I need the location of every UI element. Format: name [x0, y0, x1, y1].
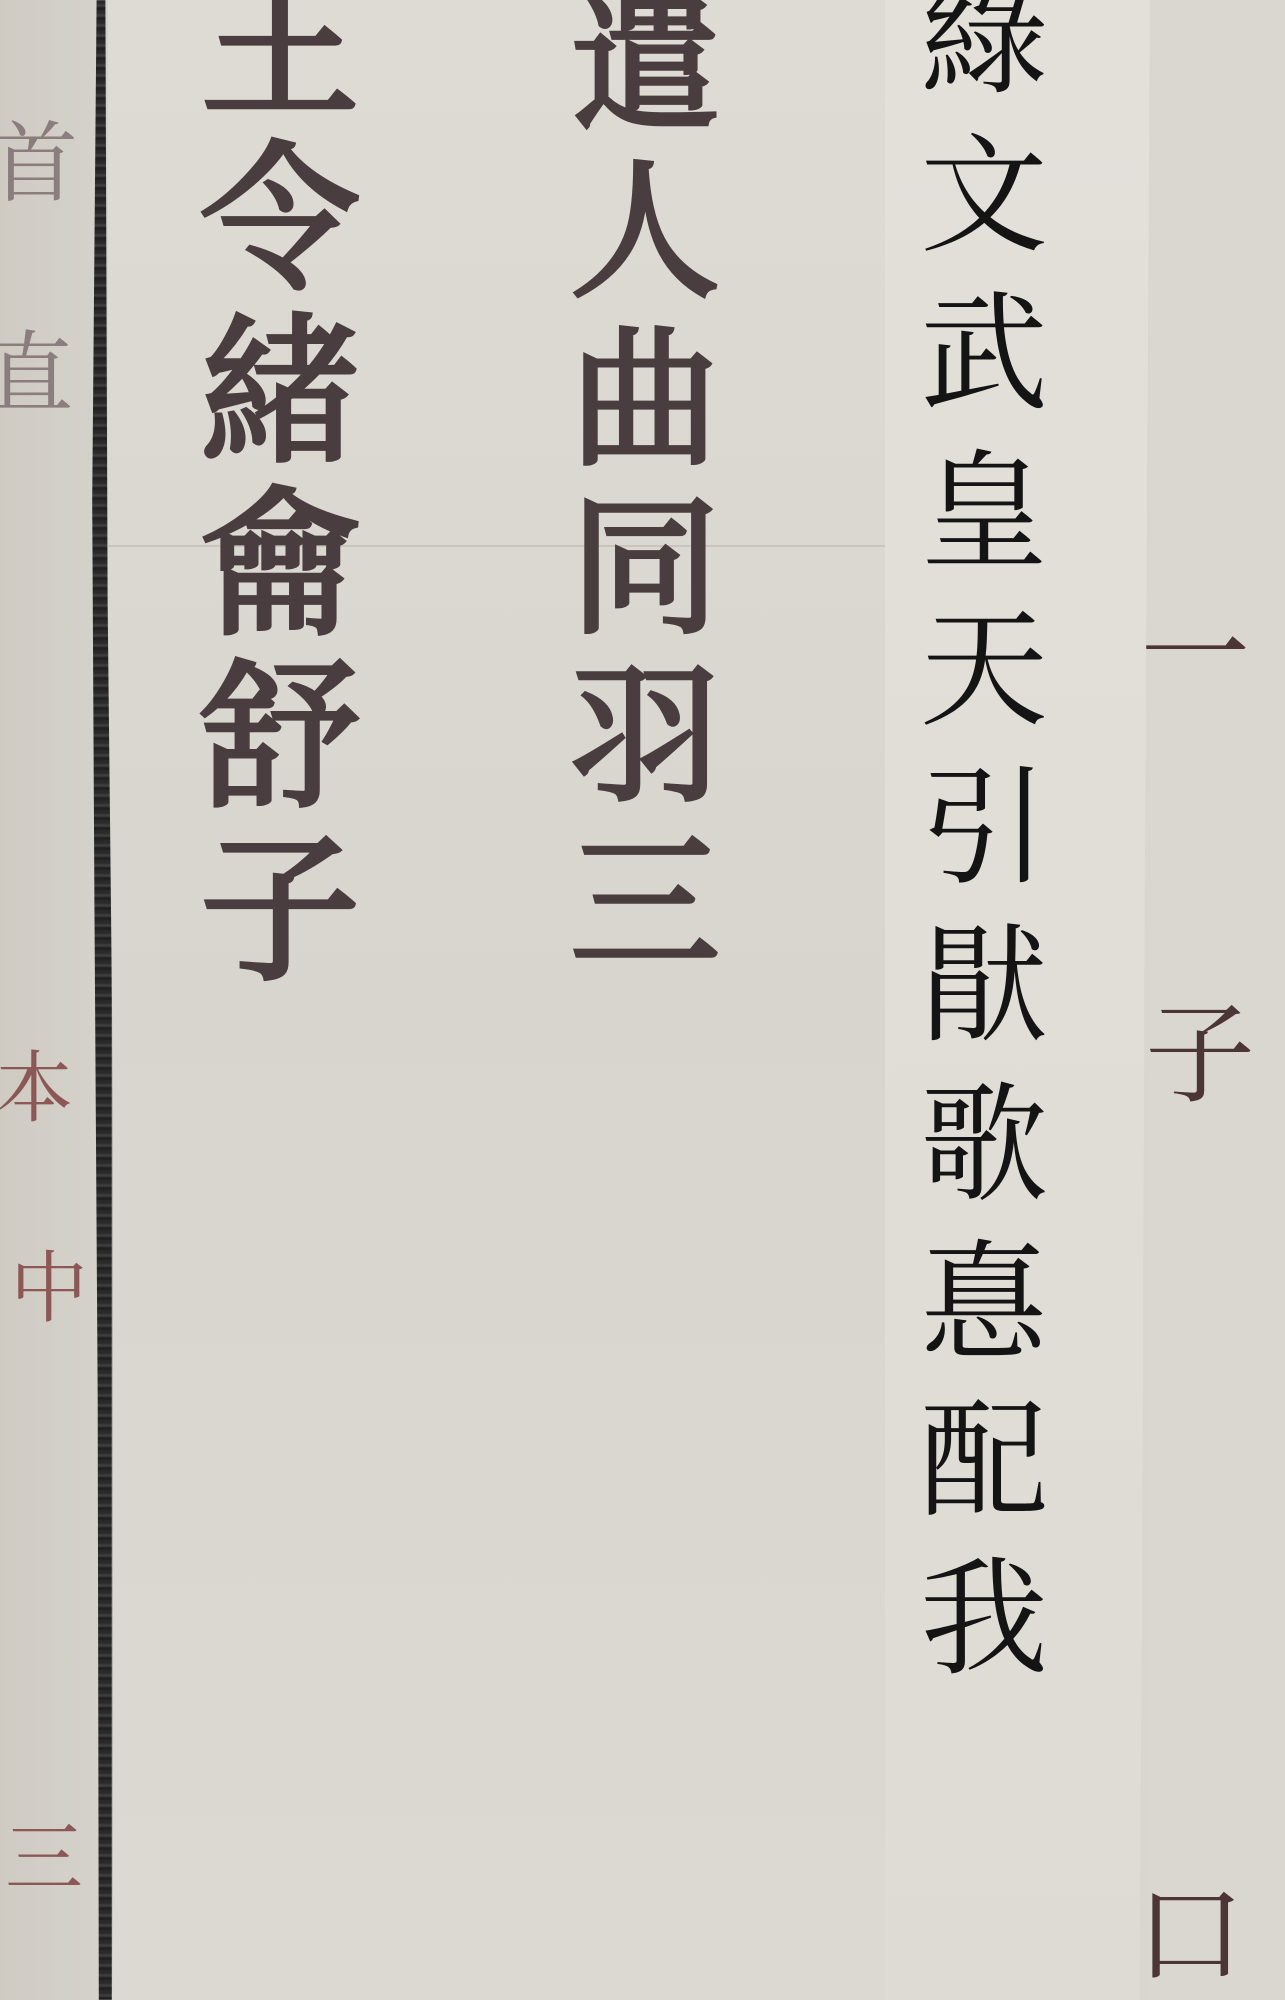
regular-character: 皇 [920, 434, 1048, 592]
seal-character: 令 [200, 133, 360, 306]
regular-script-column: 綠 文 武 皇 天 引 猒 歌 惪 配 我 [920, 0, 1048, 1699]
seal-character: 遣 [570, 0, 720, 148]
calligraphy-photo: 首 直 本 中 三 遣 人 曲 同 羽 三 王 令 緒 龠 舒 子 一 子 口 … [0, 0, 1285, 2000]
far-glyph: 子 [1145, 1000, 1255, 1110]
regular-character: 綠 [920, 0, 1048, 118]
left-glyph: 首 [0, 120, 78, 208]
regular-character: 我 [920, 1541, 1048, 1699]
far-glyph: 口 [1135, 1880, 1245, 1990]
left-glyph-red: 中 [10, 1250, 88, 1328]
seal-character: 三 [570, 820, 720, 988]
regular-character: 武 [920, 276, 1048, 434]
seal-character: 王 [200, 0, 360, 133]
left-glyph-red: 三 [5, 1820, 83, 1898]
seal-character: 子 [200, 824, 360, 997]
far-right-paper-strip: 一 子 口 [1150, 0, 1285, 2000]
regular-character: 天 [920, 592, 1048, 750]
left-glyph-red: 本 [0, 1050, 73, 1128]
regular-character: 配 [920, 1383, 1048, 1541]
regular-character: 歌 [920, 1067, 1048, 1225]
seal-column-right: 遣 人 曲 同 羽 三 [570, 0, 720, 988]
seal-character: 人 [570, 148, 720, 316]
regular-character: 惪 [920, 1225, 1048, 1383]
left-glyph: 直 [0, 330, 73, 418]
seal-character: 舒 [200, 651, 360, 824]
seal-column-left: 王 令 緒 龠 舒 子 [200, 0, 360, 997]
seal-character: 羽 [570, 652, 720, 820]
seal-character: 曲 [570, 316, 720, 484]
seal-character: 同 [570, 484, 720, 652]
regular-character: 文 [920, 118, 1048, 276]
far-glyph: 一 [1140, 600, 1250, 710]
regular-character: 引 [920, 750, 1048, 908]
seal-character: 龠 [200, 478, 360, 651]
seal-character: 緒 [200, 306, 360, 479]
regular-character: 猒 [920, 908, 1048, 1066]
